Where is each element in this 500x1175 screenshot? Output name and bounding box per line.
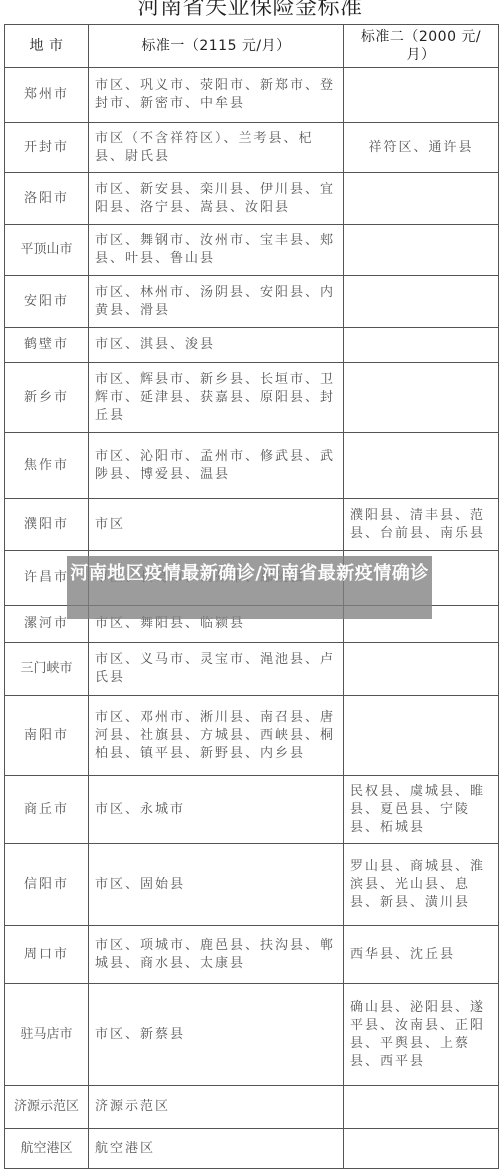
standard-2-cell	[344, 276, 499, 328]
header-standard-1: 标准一（2115 元/月）	[89, 25, 344, 68]
city-cell: 平顶山市	[5, 225, 89, 276]
table-row: 三门峡市 市区、义马市、灵宝市、渑池县、卢氏县	[5, 643, 499, 696]
standard-1-cell: 市区、林州市、汤阴县、安阳县、内黄县、滑县	[89, 276, 344, 328]
standard-2-cell: 祥符区、通许县	[344, 123, 499, 173]
standard-1-cell: 市区、邓州市、淅川县、南召县、唐河县、社旗县、方城县、西峡县、桐柏县、镇平县、新…	[89, 696, 344, 776]
standard-1-cell: 市区、巩义市、荥阳市、新郑市、登封市、新密市、中牟县	[89, 68, 344, 123]
table-row: 济源示范区 济源示范区	[5, 1086, 499, 1129]
standard-2-cell: 确山县、泌阳县、遂平县、汝南县、正阳县、平舆县、上蔡县、西平县	[344, 984, 499, 1086]
city-cell: 航空港区	[5, 1129, 89, 1169]
city-cell: 济源示范区	[5, 1086, 89, 1129]
table-row: 商丘市 市区、永城市 民权县、虞城县、睢县、夏邑县、宁陵县、柘城县	[5, 776, 499, 844]
standard-1-cell: 航空港区	[89, 1129, 344, 1169]
city-cell: 驻马店市	[5, 984, 89, 1086]
caption-overlay: 河南地区疫情最新确诊/河南省最新疫情确诊	[67, 556, 432, 619]
table-row: 郑州市 市区、巩义市、荥阳市、新郑市、登封市、新密市、中牟县	[5, 68, 499, 123]
city-cell: 周口市	[5, 926, 89, 984]
table-row: 信阳市 市区、固始县 罗山县、商城县、淮滨县、光山县、息县、新县、潢川县	[5, 844, 499, 926]
standard-2-cell	[344, 696, 499, 776]
standard-1-cell: 市区、项城市、鹿邑县、扶沟县、郸城县、商水县、太康县	[89, 926, 344, 984]
standard-2-cell	[344, 1129, 499, 1169]
table-row: 安阳市 市区、林州市、汤阴县、安阳县、内黄县、滑县	[5, 276, 499, 328]
header-city: 地 市	[5, 25, 89, 68]
table-row: 周口市 市区、项城市、鹿邑县、扶沟县、郸城县、商水县、太康县 西华县、沈丘县	[5, 926, 499, 984]
standard-2-cell: 罗山县、商城县、淮滨县、光山县、息县、新县、潢川县	[344, 844, 499, 926]
standard-1-cell: 市区、沁阳市、孟州市、修武县、武陟县、博爱县、温县	[89, 433, 344, 499]
header-standard-2: 标准二（2000 元/月）	[344, 25, 499, 68]
standard-1-cell: 市区、义马市、灵宝市、渑池县、卢氏县	[89, 643, 344, 696]
standard-1-cell: 市区（不含祥符区）、兰考县、杞县、尉氏县	[89, 123, 344, 173]
city-cell: 焦作市	[5, 433, 89, 499]
table-row: 新乡市 市区、辉县市、新乡县、长垣市、卫辉市、延津县、获嘉县、原阳县、封丘县	[5, 363, 499, 433]
standard-2-cell	[344, 225, 499, 276]
standard-1-cell: 市区	[89, 499, 344, 551]
standard-2-cell	[344, 173, 499, 225]
table-row: 濮阳市 市区 濮阳县、清丰县、范县、台前县、南乐县	[5, 499, 499, 551]
city-cell: 洛阳市	[5, 173, 89, 225]
standard-2-cell	[344, 68, 499, 123]
standard-2-cell: 民权县、虞城县、睢县、夏邑县、宁陵县、柘城县	[344, 776, 499, 844]
table-row: 洛阳市 市区、新安县、栾川县、伊川县、宜阳县、洛宁县、嵩县、汝阳县	[5, 173, 499, 225]
standard-2-cell: 西华县、沈丘县	[344, 926, 499, 984]
table-row: 驻马店市 市区、新蔡县 确山县、泌阳县、遂平县、汝南县、正阳县、平舆县、上蔡县、…	[5, 984, 499, 1086]
city-cell: 新乡市	[5, 363, 89, 433]
table-row: 南阳市 市区、邓州市、淅川县、南召县、唐河县、社旗县、方城县、西峡县、桐柏县、镇…	[5, 696, 499, 776]
table-row: 鹤壁市 市区、淇县、浚县	[5, 328, 499, 363]
table-row: 平顶山市 市区、舞钢市、汝州市、宝丰县、郏县、叶县、鲁山县	[5, 225, 499, 276]
standard-1-cell: 市区、淇县、浚县	[89, 328, 344, 363]
city-cell: 开封市	[5, 123, 89, 173]
city-cell: 鹤壁市	[5, 328, 89, 363]
table-header-row: 地 市 标准一（2115 元/月） 标准二（2000 元/月）	[5, 25, 499, 68]
standard-2-cell	[344, 328, 499, 363]
table-row: 航空港区 航空港区	[5, 1129, 499, 1169]
city-cell: 信阳市	[5, 844, 89, 926]
standard-2-cell: 濮阳县、清丰县、范县、台前县、南乐县	[344, 499, 499, 551]
city-cell: 郑州市	[5, 68, 89, 123]
standard-2-cell	[344, 643, 499, 696]
standard-1-cell: 市区、固始县	[89, 844, 344, 926]
table-row: 焦作市 市区、沁阳市、孟州市、修武县、武陟县、博爱县、温县	[5, 433, 499, 499]
city-cell: 濮阳市	[5, 499, 89, 551]
city-cell: 南阳市	[5, 696, 89, 776]
standard-2-cell	[344, 1086, 499, 1129]
city-cell: 商丘市	[5, 776, 89, 844]
standard-1-cell: 市区、辉县市、新乡县、长垣市、卫辉市、延津县、获嘉县、原阳县、封丘县	[89, 363, 344, 433]
standard-1-cell: 市区、新蔡县	[89, 984, 344, 1086]
standard-2-cell	[344, 363, 499, 433]
city-cell: 三门峡市	[5, 643, 89, 696]
standard-1-cell: 市区、新安县、栾川县、伊川县、宜阳县、洛宁县、嵩县、汝阳县	[89, 173, 344, 225]
standard-1-cell: 市区、永城市	[89, 776, 344, 844]
document-title: 河南省失业保险金标准	[0, 0, 500, 24]
standard-2-cell	[344, 433, 499, 499]
table-row: 开封市 市区（不含祥符区）、兰考县、杞县、尉氏县 祥符区、通许县	[5, 123, 499, 173]
standard-1-cell: 济源示范区	[89, 1086, 344, 1129]
standard-1-cell: 市区、舞钢市、汝州市、宝丰县、郏县、叶县、鲁山县	[89, 225, 344, 276]
city-cell: 安阳市	[5, 276, 89, 328]
